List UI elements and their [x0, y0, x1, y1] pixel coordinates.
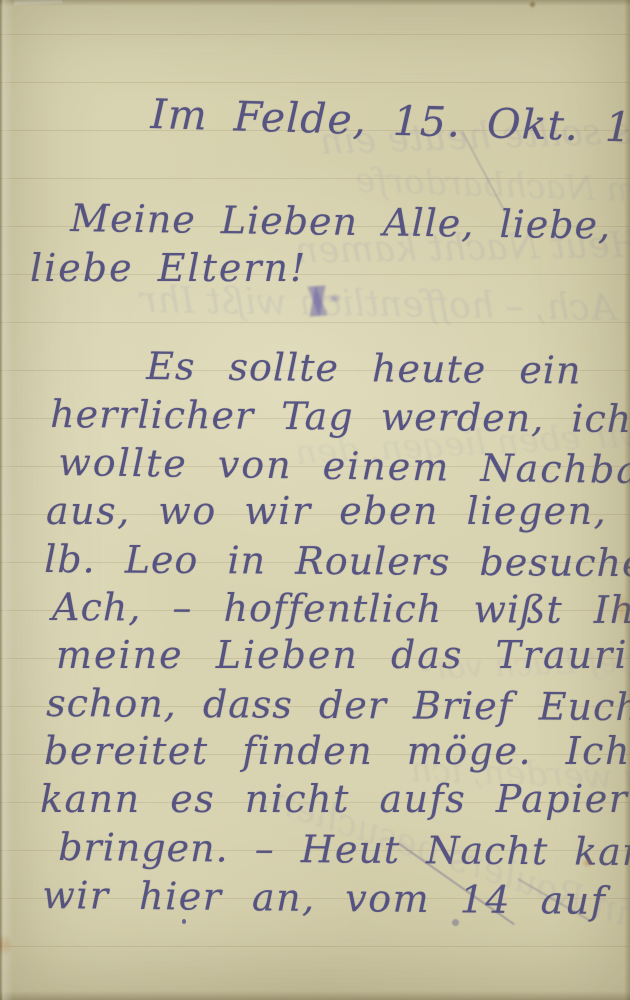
paper-background: Es sollte heute einwollte von einem Nach…	[0, 0, 630, 1000]
letter-line-8: Ach, – hoffentlich wißt Ihr	[52, 585, 630, 632]
letter-line-11: bereitet finden möge. Ich	[44, 729, 630, 773]
letter-line-4: herrlicher Tag werden, ich	[50, 392, 630, 441]
letter-line-13: bringen. – Heut Nacht kamen	[58, 825, 630, 875]
paper-speck	[530, 2, 535, 7]
letter-line-2: liebe Eltern!	[30, 246, 307, 290]
rust-stain	[582, 858, 592, 868]
letter-text: Im Felde, 15. Okt. 17. Meine Lieben Alle…	[0, 0, 630, 1000]
letter-line-1: Meine Lieben Alle, liebe,	[70, 196, 611, 248]
letter-line-12: kann es nicht aufs Papier	[40, 777, 628, 821]
rust-stain	[616, 592, 628, 626]
letter-line-5: wollte von einem Nachbardorfe	[58, 440, 630, 494]
dateline: Im Felde, 15. Okt. 17.	[150, 90, 630, 153]
letter-line-6: aus, wo wir eben liegen, den	[46, 489, 630, 533]
letter-line-9: meine Lieben das Traurige	[56, 633, 630, 677]
letter-line-14: wir hier an, vom 14 auf 15.	[42, 873, 630, 924]
letter-line-10: schon, dass der Brief Euch vor-	[46, 681, 630, 730]
letter-line-3: Es sollte heute ein	[146, 344, 582, 393]
letter-photo: Es sollte heute einwollte von einem Nach…	[0, 0, 630, 1000]
letter-line-7: lb. Leo in Roulers besuchen.	[44, 537, 630, 585]
